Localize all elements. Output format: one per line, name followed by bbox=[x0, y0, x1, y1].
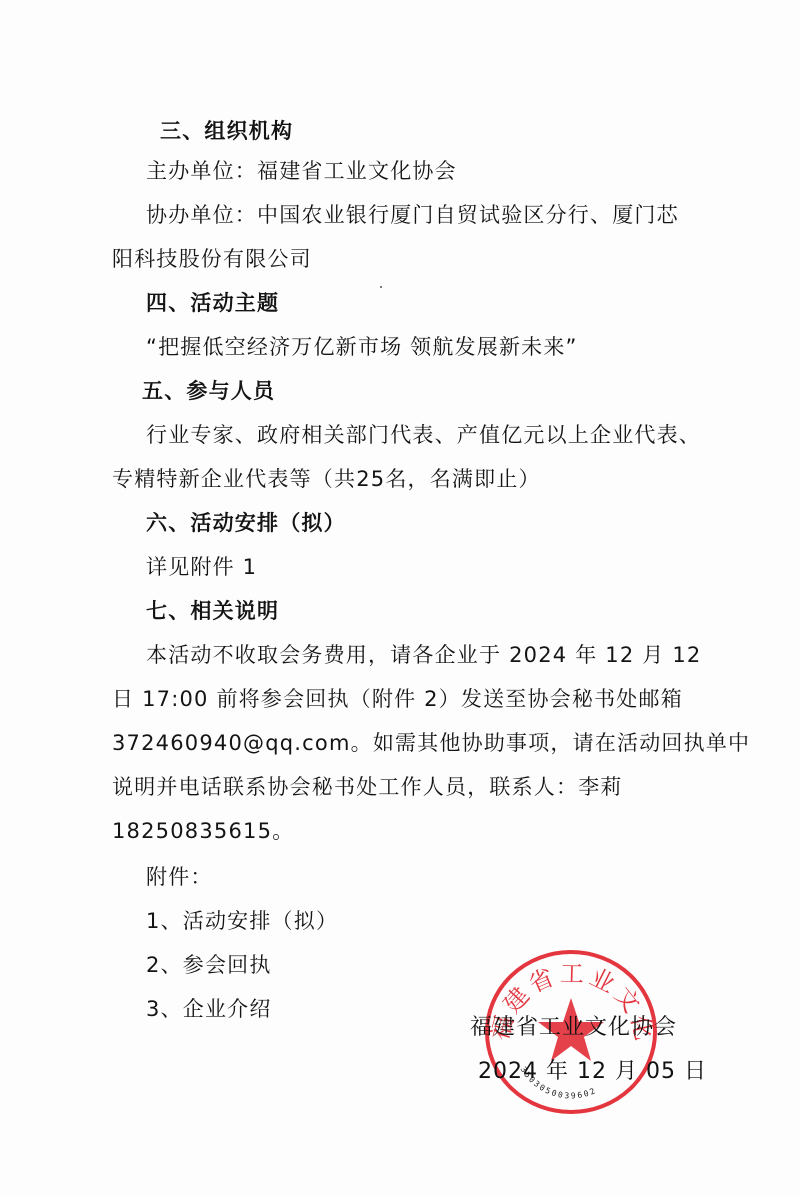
notes-line-4: 说明并电话联系协会秘书处工作人员，联系人：李莉 bbox=[112, 773, 623, 801]
section-heading-notes: 七、相关说明 bbox=[146, 597, 279, 625]
schedule-reference: 详见附件 1 bbox=[146, 553, 257, 581]
section-heading-schedule: 六、活动安排（拟） bbox=[146, 509, 346, 537]
notes-line-3: 372460940@qq.com。如需其他协助事项，请在活动回执单中 bbox=[112, 729, 750, 757]
section-heading-theme: 四、活动主题 bbox=[146, 289, 279, 317]
participants-line-1: 行业专家、政府相关部门代表、产值亿元以上企业代表、 bbox=[146, 421, 701, 449]
attachment-item-2: 2、参会回执 bbox=[146, 951, 272, 979]
co-host-line-2: 阳科技股份有限公司 bbox=[112, 245, 312, 273]
section-heading-organization: 三、组织机构 bbox=[160, 117, 293, 145]
scan-speck bbox=[380, 286, 382, 288]
host-organization: 主办单位：福建省工业文化协会 bbox=[146, 157, 457, 185]
attachment-item-1: 1、活动安排（拟） bbox=[146, 907, 338, 935]
notes-line-2: 日 17:00 前将参会回执（附件 2）发送至协会秘书处邮箱 bbox=[112, 685, 683, 713]
document-page: 三、组织机构 主办单位：福建省工业文化协会 协办单位：中国农业银行厦门自贸试验区… bbox=[0, 0, 800, 1195]
participants-line-2: 专精特新企业代表等（共25名，名满即止） bbox=[112, 465, 541, 493]
signature-organization: 福建省工业文化协会 bbox=[470, 1014, 677, 1042]
notes-line-5: 18250835615。 bbox=[112, 817, 294, 845]
attachments-label: 附件： bbox=[146, 863, 213, 891]
attachment-item-3: 3、企业介绍 bbox=[146, 995, 272, 1023]
signature-date: 2024 年 12 月 05 日 bbox=[478, 1058, 707, 1086]
section-heading-participants: 五、参与人员 bbox=[142, 377, 275, 405]
notes-line-1: 本活动不收取会务费用，请各企业于 2024 年 12 月 12 bbox=[146, 641, 701, 669]
activity-theme: “把握低空经济万亿新市场 领航发展新未来” bbox=[146, 333, 578, 361]
co-host-line-1: 协办单位：中国农业银行厦门自贸试验区分行、厦门芯 bbox=[146, 201, 679, 229]
